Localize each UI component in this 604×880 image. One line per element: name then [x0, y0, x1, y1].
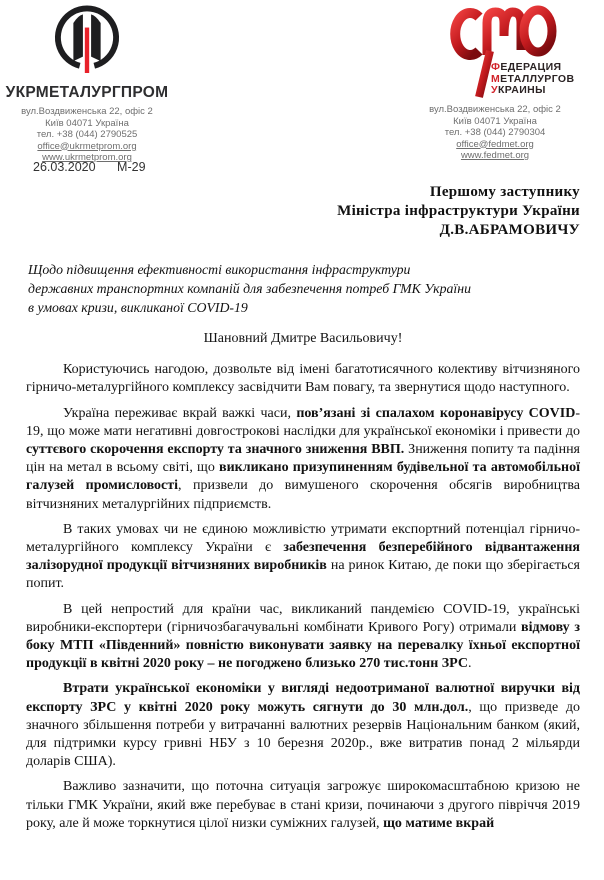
fmu-website-link[interactable]: www.fedmet.org: [386, 150, 604, 162]
subject-line: Щодо підвищення ефективності використанн…: [28, 260, 471, 279]
addressee-block: Першому заступнику Міністра інфраструкту…: [337, 183, 580, 240]
paragraph: В таких умовах чи не єдиною можливістю у…: [26, 521, 580, 594]
salutation: Шановний Дмитре Васильовичу!: [26, 330, 580, 348]
fmu-email-link[interactable]: office@fedmet.org: [386, 139, 604, 151]
paragraph: Україна переживає вкрай важкі часи, пов’…: [26, 405, 580, 514]
ukrmetprom-email-link[interactable]: office@ukrmetprom.org: [2, 141, 172, 153]
paragraph: Важливо зазначити, що поточна ситуація з…: [26, 778, 580, 833]
subject-line: державних транспортних компаній для забе…: [28, 279, 471, 298]
fmu-letterhead: ФЕДЕРАЦИЯ МЕТАЛЛУРГОВ УКРАИНЫ вул.Воздви…: [386, 3, 604, 162]
fmu-address: вул.Воздвиженська 22, офіс 2 Київ 04071 …: [386, 104, 604, 162]
paragraph: В цей непростий для країни час, викликан…: [26, 601, 580, 674]
reference-row: 26.03.2020 М-29: [33, 160, 146, 174]
fmu-name-line: УКРАИНЫ: [491, 85, 574, 97]
address-line: тел. +38 (044) 2790525: [2, 129, 172, 141]
letter-page: УКРМЕТАЛУРГПРОМ вул.Воздвиженська 22, оф…: [0, 0, 604, 880]
paragraph: Втрати української економіки у вигляді н…: [26, 680, 580, 771]
subject-block: Щодо підвищення ефективності використанн…: [28, 260, 471, 317]
ukrmetprom-logo-icon: [46, 3, 128, 83]
letter-body: Шановний Дмитре Васильовичу! Користуючис…: [26, 330, 580, 833]
subject-line: в умовах кризи, викликаної COVID-19: [28, 298, 471, 317]
addressee-line: Міністра інфраструктури України: [337, 202, 580, 221]
address-line: вул.Воздвиженська 22, офіс 2: [386, 104, 604, 116]
ukrmetprom-letterhead: УКРМЕТАЛУРГПРОМ вул.Воздвиженська 22, оф…: [2, 3, 172, 164]
org-name-fmu: ФЕДЕРАЦИЯ МЕТАЛЛУРГОВ УКРАИНЫ: [491, 62, 574, 97]
letter-number: М-29: [117, 160, 145, 174]
fmu-logo-block: ФЕДЕРАЦИЯ МЕТАЛЛУРГОВ УКРАИНЫ: [386, 3, 604, 100]
address-line: Київ 04071 Україна: [2, 118, 172, 130]
org-name-ukrmetprom: УКРМЕТАЛУРГПРОМ: [2, 84, 172, 102]
paragraph: Користуючись нагодою, дозвольте від імен…: [26, 361, 580, 397]
ukrmetprom-address: вул.Воздвиженська 22, офіс 2 Київ 04071 …: [2, 106, 172, 164]
address-line: Київ 04071 Україна: [386, 116, 604, 128]
letter-date: 26.03.2020: [33, 160, 96, 174]
address-line: вул.Воздвиженська 22, офіс 2: [2, 106, 172, 118]
letter-paragraphs: Користуючись нагодою, дозвольте від імен…: [26, 361, 580, 833]
addressee-line: Д.В.АБРАМОВИЧУ: [337, 221, 580, 240]
addressee-line: Першому заступнику: [337, 183, 580, 202]
address-line: тел. +38 (044) 2790304: [386, 127, 604, 139]
